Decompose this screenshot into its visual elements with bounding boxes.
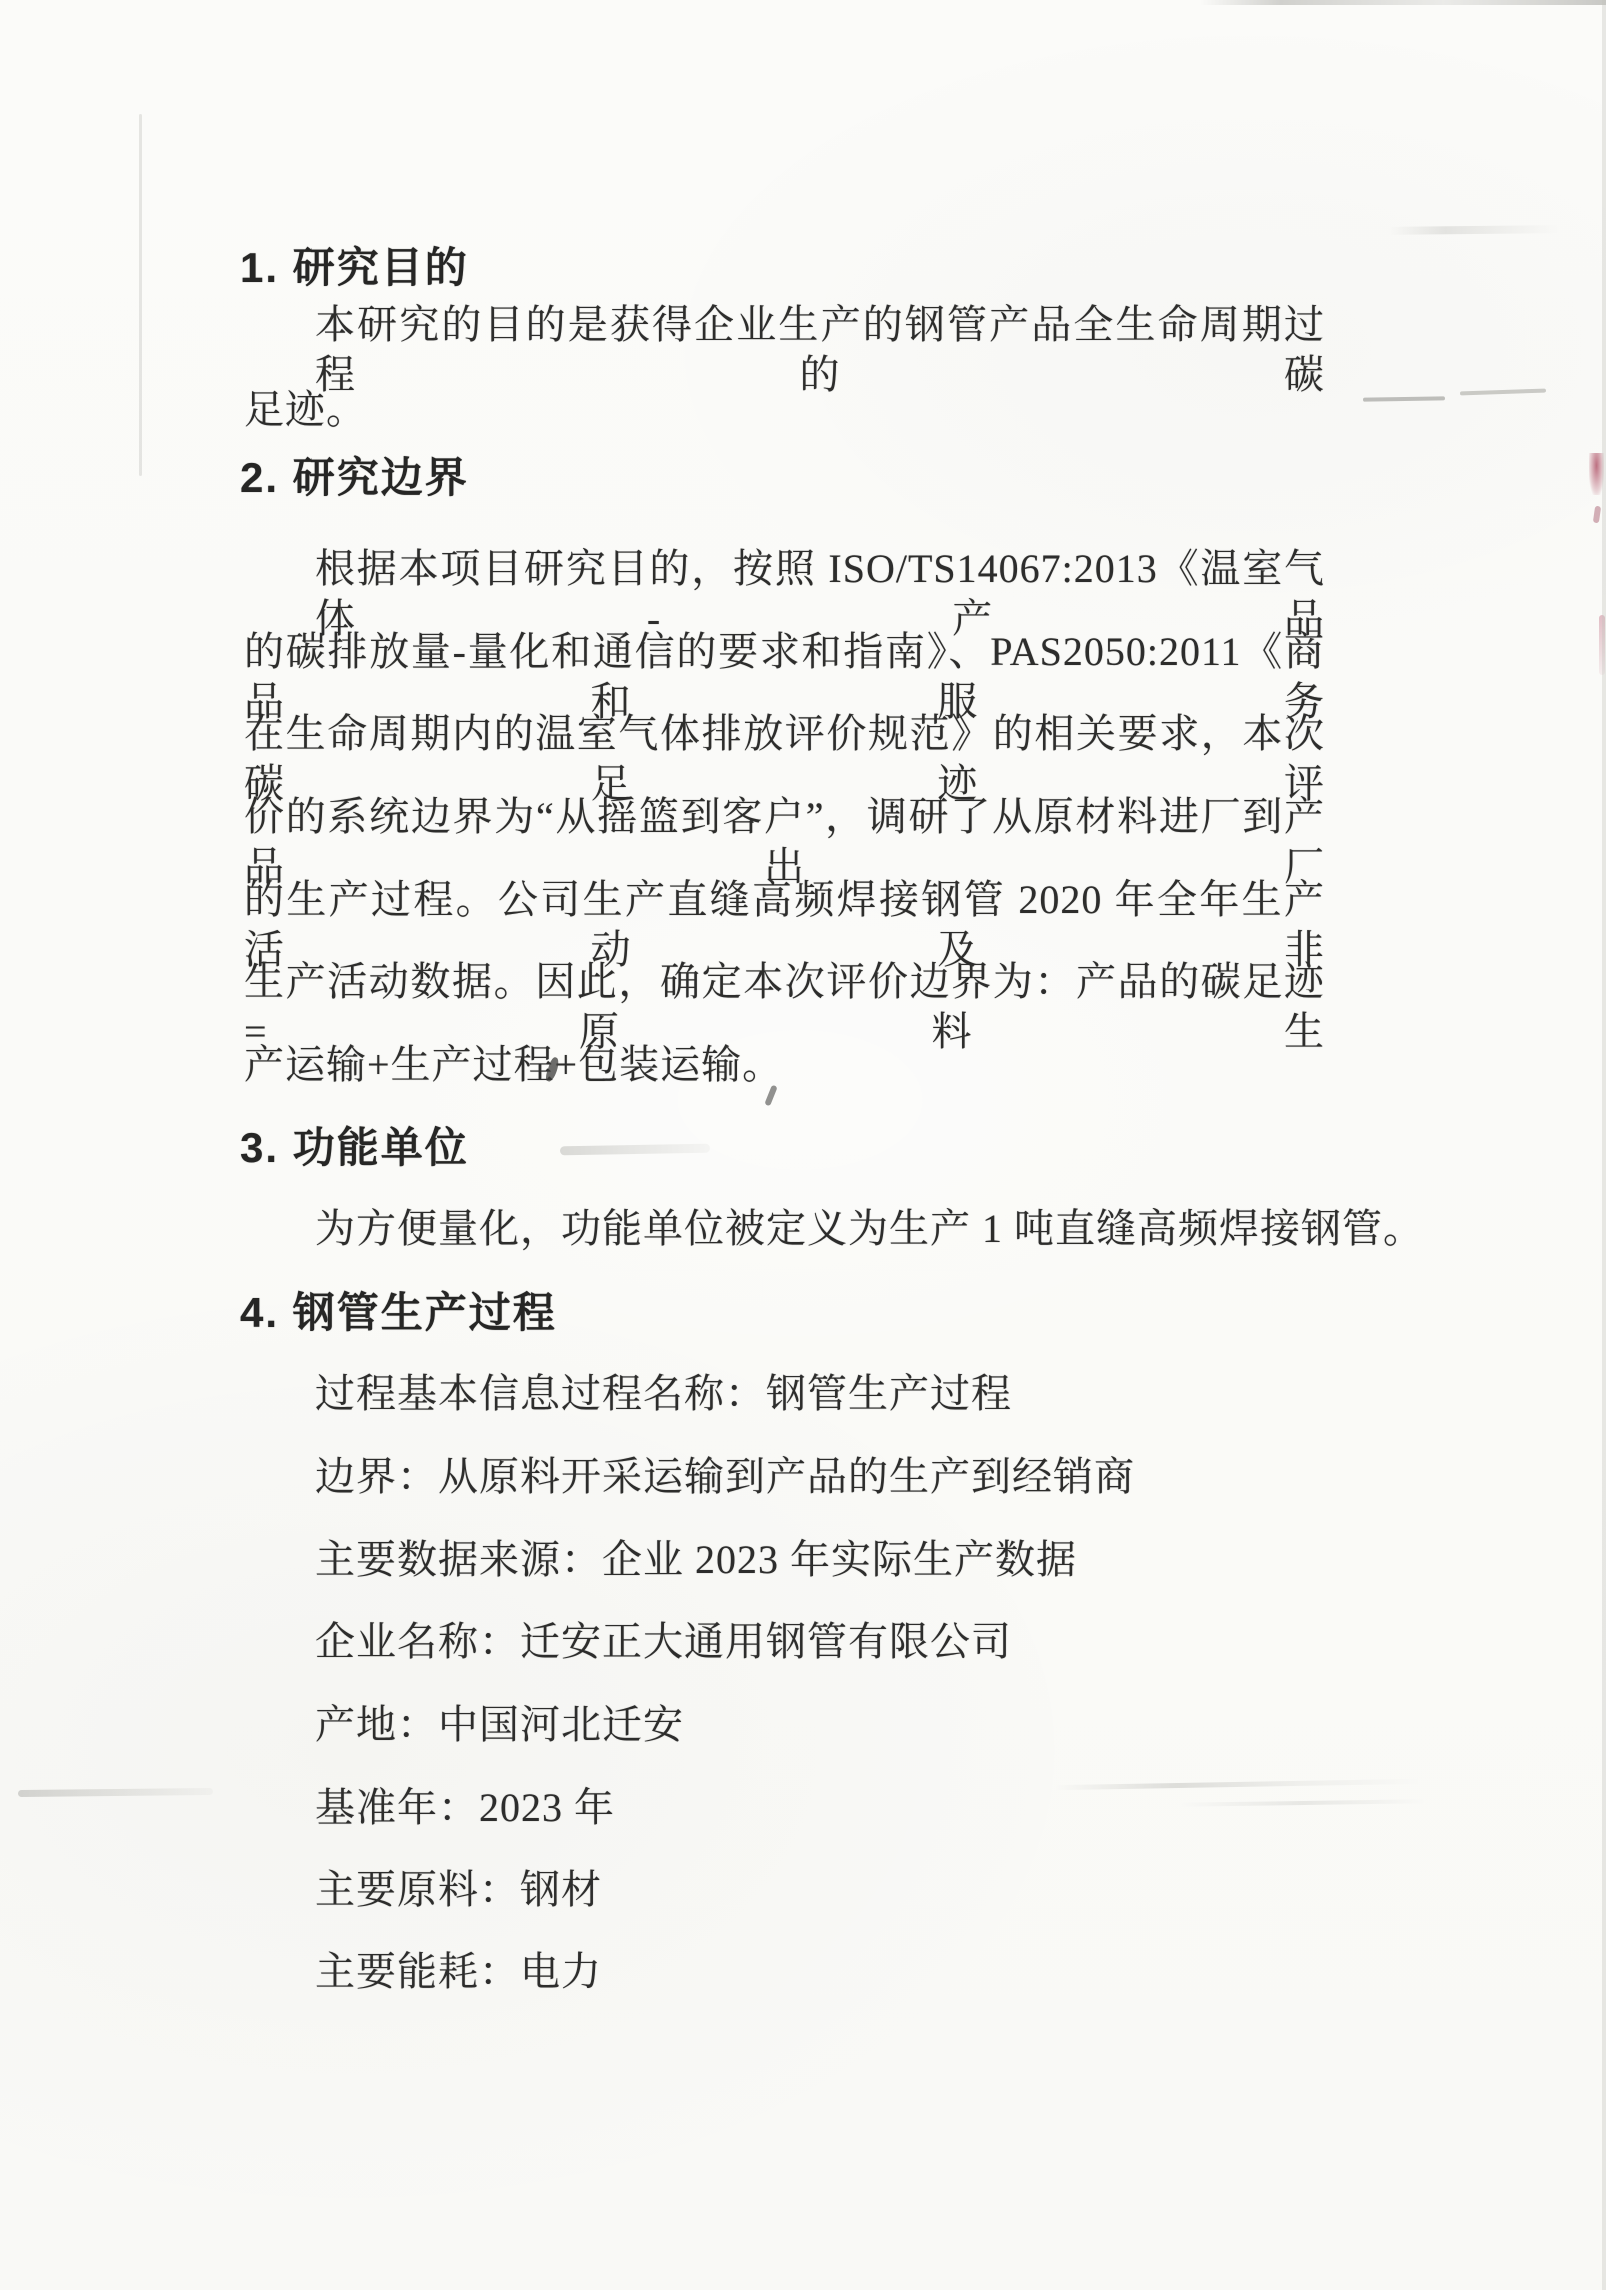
body-line: 产运输+生产过程+包装运输。: [244, 1040, 1325, 1090]
scan-edge-shadow: [1602, 0, 1606, 2290]
section-2-heading: 2. 研究边界: [240, 452, 469, 504]
section-1-heading: 1. 研究目的: [240, 242, 469, 294]
scanned-document-page: 1. 研究目的 本研究的目的是获得企业生产的钢管产品全生命周期过程的碳 足迹。 …: [0, 0, 1606, 2290]
scan-smudge: [560, 1144, 710, 1156]
scan-dash: [1363, 396, 1445, 401]
process-info-line: 过程基本信息过程名称：钢管生产过程: [315, 1369, 1325, 1419]
raw-material-line: 主要原料：钢材: [315, 1865, 1325, 1915]
body-line: 为方便量化，功能单位被定义为生产 1 吨直缝高频焊接钢管。: [315, 1204, 1325, 1254]
section-4-heading: 4. 钢管生产过程: [240, 1287, 557, 1339]
energy-line: 主要能耗：电力: [315, 1947, 1325, 1997]
origin-line: 产地：中国河北迁安: [315, 1700, 1325, 1750]
base-year-line: 基准年：2023 年: [315, 1783, 1325, 1833]
scan-pink-mark: [1593, 506, 1601, 524]
scan-smudge: [1388, 225, 1560, 235]
scan-dash: [1460, 389, 1546, 396]
section-3-heading: 3. 功能单位: [240, 1122, 469, 1174]
body-line: 足迹。: [244, 385, 1325, 435]
scan-edge-shadow: [1200, 0, 1606, 5]
company-name-line: 企业名称：迁安正大通用钢管有限公司: [315, 1617, 1325, 1667]
scan-smudge: [18, 1788, 213, 1797]
data-source-line: 主要数据来源：企业 2023 年实际生产数据: [315, 1535, 1325, 1585]
boundary-line: 边界：从原料开采运输到产品的生产到经销商: [315, 1452, 1325, 1502]
scan-edge-shadow: [139, 114, 142, 476]
